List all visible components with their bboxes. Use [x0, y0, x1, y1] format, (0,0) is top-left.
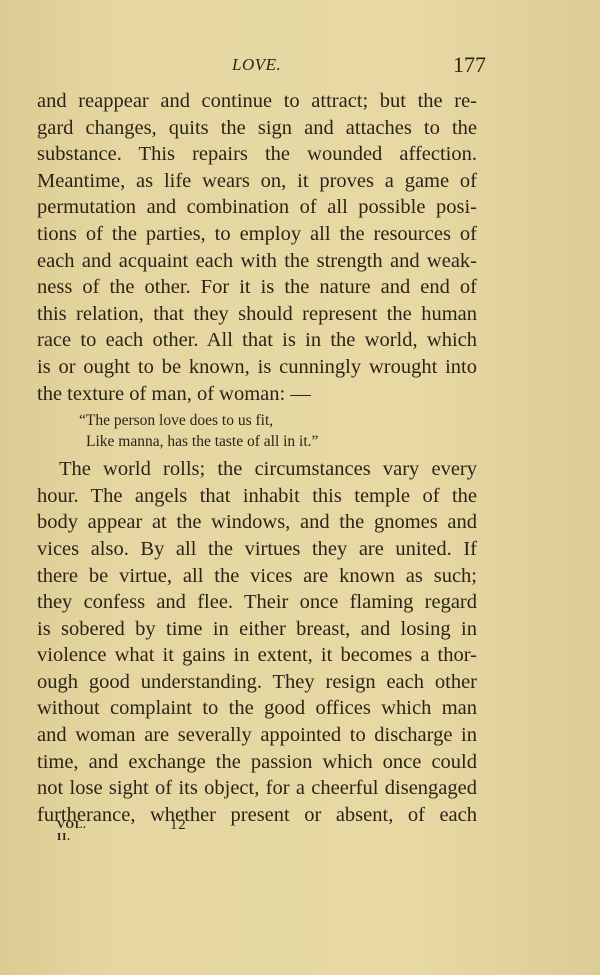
text-line: tions of the parties, to employ all the …	[37, 221, 477, 248]
text-line: there be virtue, all the vices are known…	[37, 563, 477, 590]
body-text: and reappear and continue to attract; bu…	[37, 88, 477, 828]
running-head: LOVE. 177	[36, 55, 476, 85]
text-line: this relation, that they should represen…	[37, 301, 477, 328]
quote-line: “The person love does to us fit,	[79, 410, 477, 431]
text-line: gard changes, quits the sign and attache…	[37, 115, 477, 142]
text-line: and reappear and continue to attract; bu…	[37, 88, 477, 115]
text-line: not lose sight of its object, for a chee…	[37, 775, 477, 802]
text-line: they confess and flee. Their once flamin…	[37, 589, 477, 616]
text-line: ough good understanding. They resign eac…	[37, 669, 477, 696]
paragraph-2: The world rolls; the circumstances vary …	[37, 456, 477, 828]
quote-line: Like manna, has the taste of all in it.”	[79, 431, 477, 452]
sheet-number: 12	[170, 817, 187, 834]
text-line: furtherance, whether present or absent, …	[37, 802, 477, 829]
paragraph-1: and reappear and continue to attract; bu…	[37, 88, 477, 407]
text-line: time, and exchange the passion which onc…	[37, 749, 477, 776]
text-line: ness of the other. For it is the nature …	[37, 274, 477, 301]
text-line: Meantime, as life wears on, it proves a …	[37, 168, 477, 195]
text-line: body appear at the windows, and the gnom…	[37, 509, 477, 536]
text-line: vices also. By all the virtues they are …	[37, 536, 477, 563]
text-line: hour. The angels that inhabit this templ…	[37, 483, 477, 510]
page-number: 177	[453, 52, 486, 78]
text-line: without complaint to the good offices wh…	[37, 695, 477, 722]
text-line: permutation and combination of all possi…	[37, 194, 477, 221]
volume-mark: Vol. II.	[57, 819, 87, 843]
text-line: violence what it gains in extent, it bec…	[37, 642, 477, 669]
text-line: each and acquaint each with the strength…	[37, 248, 477, 275]
running-title: LOVE.	[232, 55, 281, 75]
text-line: The world rolls; the circumstances vary …	[37, 456, 477, 483]
text-line: is sobered by time in either breast, and…	[37, 616, 477, 643]
text-line: the texture of man, of woman: —	[37, 381, 477, 408]
text-line: substance. This repairs the wounded affe…	[37, 141, 477, 168]
text-line: and woman are severally appointed to dis…	[37, 722, 477, 749]
book-page: LOVE. 177 and reappear and continue to a…	[0, 0, 600, 975]
text-line: is or ought to be known, is cunningly wr…	[37, 354, 477, 381]
verse-quote: “The person love does to us fit, Like ma…	[37, 410, 477, 452]
text-line: race to each other. All that is in the w…	[37, 327, 477, 354]
